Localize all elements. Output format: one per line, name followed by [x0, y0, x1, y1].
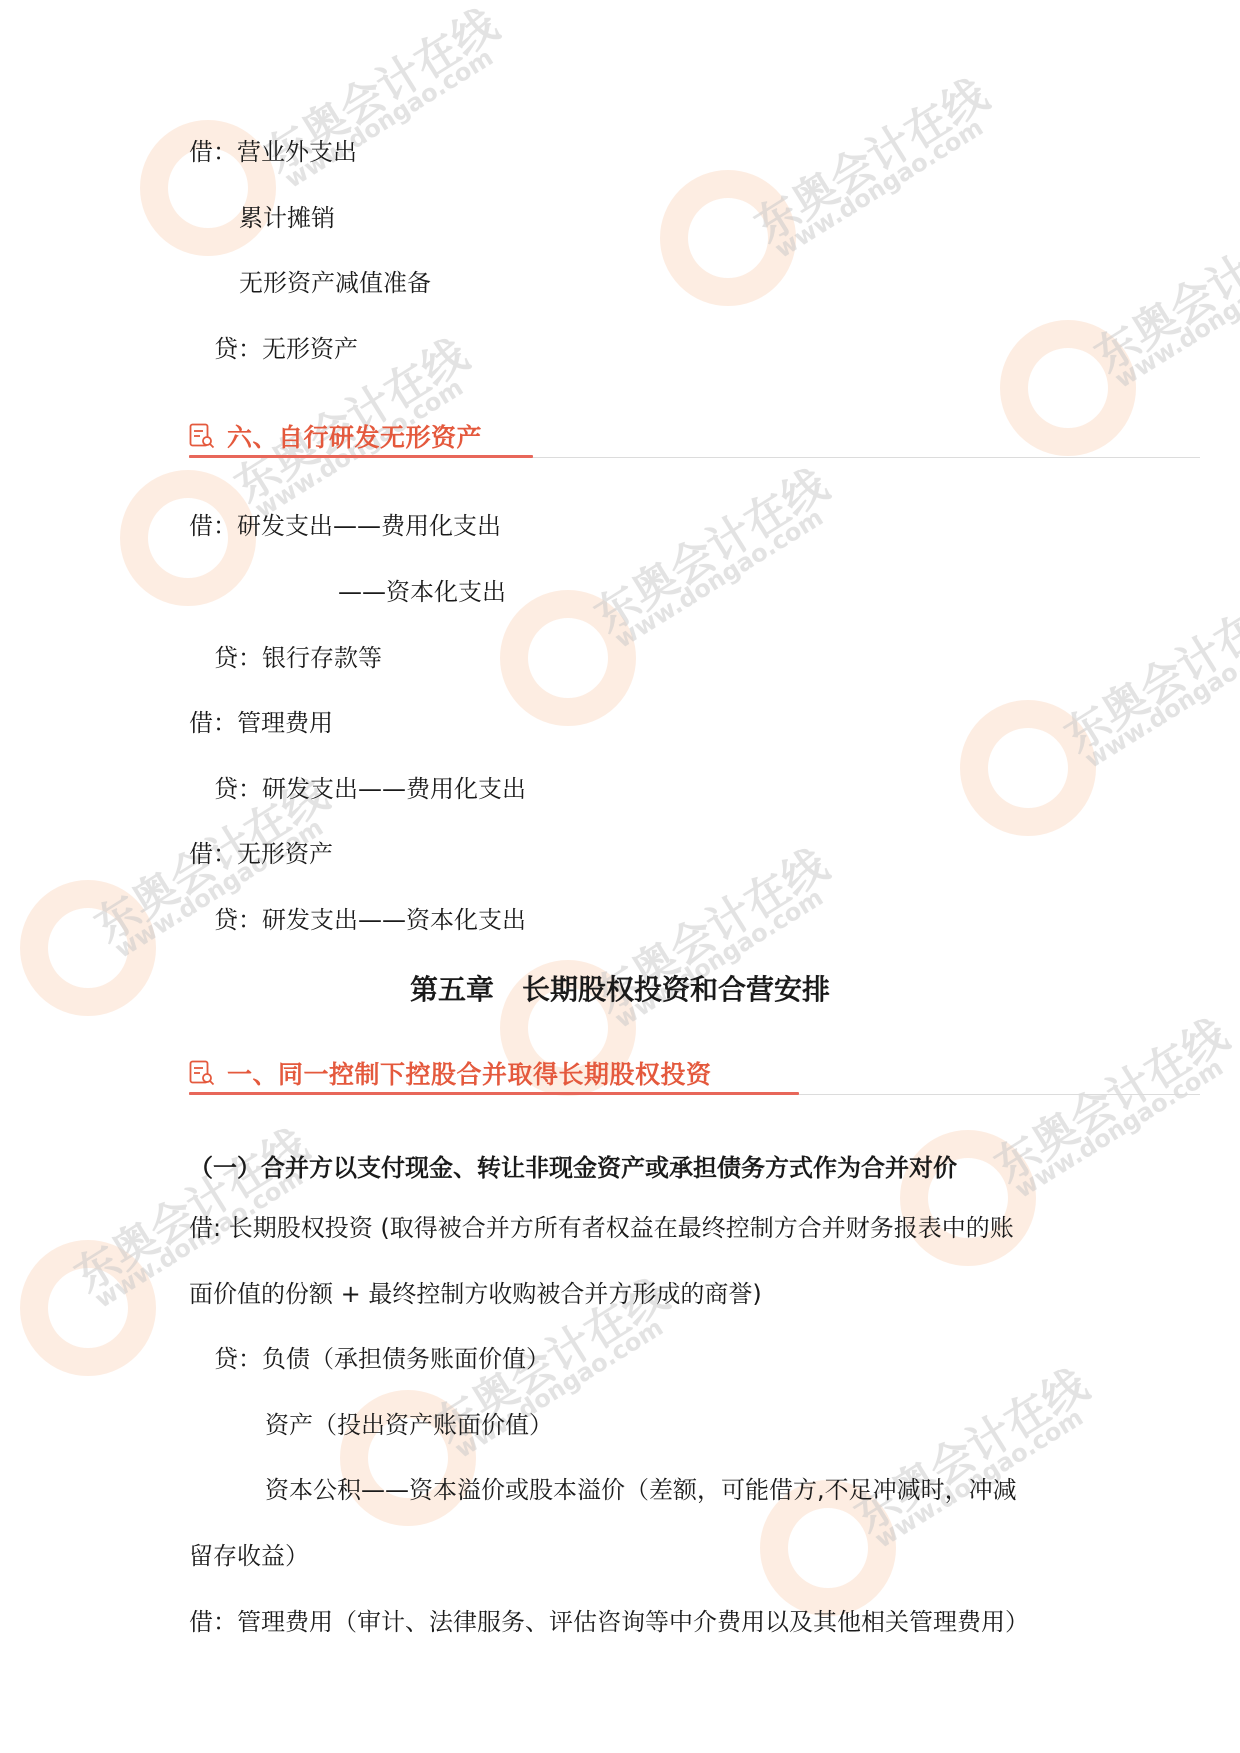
watermark: 东奥会计在线 www.dongao.com: [900, 1060, 1240, 1360]
section-title: 一、同一控制下控股合并取得长期股权投资: [227, 1055, 712, 1091]
document-search-icon: [189, 423, 215, 449]
journal-line: 贷：负债（承担债务账面价值）: [214, 1344, 550, 1374]
section-heading: 六、自行研发无形资产: [189, 418, 482, 454]
journal-line: 借: 长期股权投资 (取得被合并方所有者权益在最终控制方合并财务报表中的账: [189, 1213, 1014, 1243]
journal-line: 贷：研发支出——费用化支出: [214, 774, 526, 804]
watermark: 东奥会计在线 www.dongao.com: [960, 620, 1240, 920]
journal-line: 面价值的份额 + 最终控制方收购被合并方形成的商誉): [189, 1279, 762, 1309]
journal-line: 留存收益）: [189, 1541, 309, 1571]
journal-line: 贷：研发支出——资本化支出: [214, 905, 526, 935]
journal-line: 借：营业外支出: [189, 137, 357, 167]
subheading: （一）合并方以支付现金、转让非现金资产或承担债务方式作为合并对价: [189, 1148, 957, 1183]
journal-line: 借：管理费用: [189, 708, 333, 738]
journal-line: 资产（投出资产账面价值）: [265, 1410, 553, 1440]
watermark: 东奥会计在线 www.dongao.com: [1000, 230, 1240, 530]
journal-line: 借：管理费用（审计、法律服务、评估咨询等中介费用以及其他相关管理费用）: [189, 1607, 1029, 1637]
heading-underline: [189, 1092, 799, 1095]
chapter-title: 第五章 长期股权投资和合营安排: [0, 968, 1240, 1008]
watermark: 东奥会计在线 www.dongao.com: [660, 90, 1060, 390]
journal-line: 累计摊销: [239, 203, 335, 233]
journal-line: 贷：银行存款等: [214, 643, 382, 673]
journal-line: 贷：无形资产: [214, 334, 358, 364]
document-search-icon: [189, 1060, 215, 1086]
journal-line: ——资本化支出: [338, 577, 506, 607]
journal-line: 借：无形资产: [189, 839, 333, 869]
heading-underline: [189, 455, 533, 458]
section-title: 六、自行研发无形资产: [227, 418, 482, 454]
journal-line: 资本公积——资本溢价或股本溢价（差额，可能借方,不足冲减时，冲减: [265, 1475, 1017, 1505]
section-heading: 一、同一控制下控股合并取得长期股权投资: [189, 1055, 712, 1091]
watermark: 东奥会计在线 www.dongao.com: [760, 1410, 1160, 1710]
journal-line: 借：研发支出——费用化支出: [189, 511, 501, 541]
journal-line: 无形资产减值准备: [239, 268, 431, 298]
watermark: 东奥会计在线 www.dongao.com: [480, 500, 880, 800]
